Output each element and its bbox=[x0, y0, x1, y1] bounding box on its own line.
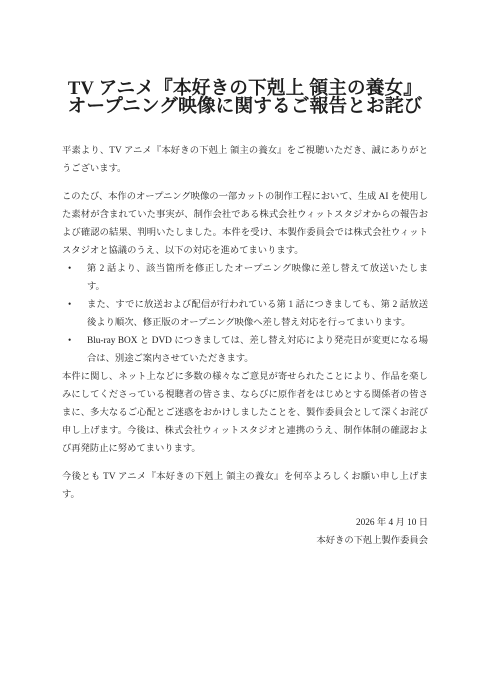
bullet-icon: • bbox=[68, 296, 71, 314]
document-page: TV アニメ『本好きの下剋上 領主の養女』オープニング映像に関するご報告とお詫び… bbox=[0, 0, 490, 693]
bullet-icon: • bbox=[68, 260, 71, 278]
closing-paragraph: 今後とも TV アニメ『本好きの下剋上 領主の養女』を何卒よろしくお願い申し上げ… bbox=[62, 468, 428, 504]
signature-block: 2026 年 4 月 10 日 本好きの下剋上製作委員会 bbox=[62, 514, 428, 550]
date-text: 2026 年 4 月 10 日 bbox=[62, 514, 428, 532]
bullet-icon: • bbox=[68, 332, 71, 350]
list-item-text: 第 2 話より、該当箇所を修正したオープニング映像に差し替えて放送いたします。 bbox=[87, 264, 428, 292]
announcement-paragraph: このたび、本作のオープニング映像の一部カットの制作工程において、生成 AI を使… bbox=[62, 188, 428, 260]
committee-signature: 本好きの下剋上製作委員会 bbox=[62, 532, 428, 550]
list-item-text: Blu-ray BOX と DVD につきましては、差し替え対応により発売日が変… bbox=[87, 336, 428, 364]
list-item: • 第 2 話より、該当箇所を修正したオープニング映像に差し替えて放送いたします… bbox=[62, 260, 428, 296]
document-title: TV アニメ『本好きの下剋上 領主の養女』オープニング映像に関するご報告とお詫び bbox=[62, 80, 428, 116]
list-item: • Blu-ray BOX と DVD につきましては、差し替え対応により発売日… bbox=[62, 332, 428, 368]
action-item-list: • 第 2 話より、該当箇所を修正したオープニング映像に差し替えて放送いたします… bbox=[62, 260, 428, 368]
list-item-text: また、すでに放送および配信が行われている第 1 話につきましても、第 2 話放送… bbox=[87, 300, 428, 328]
list-item: • また、すでに放送および配信が行われている第 1 話につきましても、第 2 話… bbox=[62, 296, 428, 332]
greeting-paragraph: 平素より、TV アニメ『本好きの下剋上 領主の養女』をご視聴いただき、誠にありが… bbox=[62, 142, 428, 178]
apology-paragraph: 本件に関し、ネット上などに多数の様々なご意見が寄せられたことにより、作品を楽しみ… bbox=[62, 368, 428, 458]
